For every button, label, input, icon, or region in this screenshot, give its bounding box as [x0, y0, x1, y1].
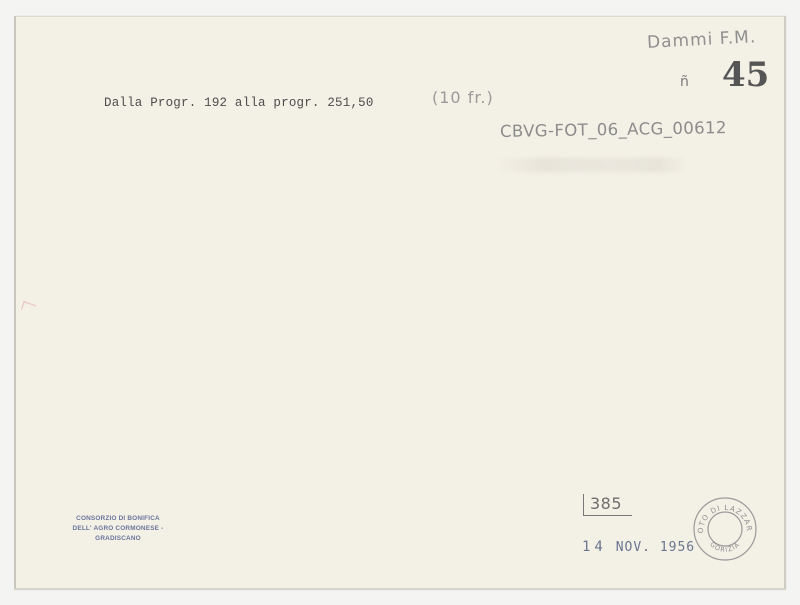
paper-edge-right	[784, 16, 786, 590]
scan-viewport: Dalla Progr. 192 alla progr. 251,50 (10 …	[0, 0, 800, 605]
consorzio-stamp-line1: CONSORZIO DI BONIFICA	[56, 514, 180, 524]
photo-stamp-top-text: FOTO DI LAZZARO	[692, 496, 754, 534]
photo-stamp-bottom-text: GORIZIA	[708, 540, 741, 554]
paper-edge-left	[14, 16, 16, 590]
date-stamp-day: 14	[582, 539, 607, 555]
date-stamp: 14 NOV. 1956	[582, 539, 695, 555]
archive-code: CBVG-FOT_06_ACG_00612	[500, 118, 727, 141]
typed-caption: Dalla Progr. 192 alla progr. 251,50	[104, 96, 374, 110]
small-handwritten-mark: ñ	[680, 74, 689, 90]
svg-text:GORIZIA: GORIZIA	[708, 540, 741, 554]
consorzio-stamp-line2: DELL' AGRO CORMONESE - GRADISCANO	[56, 524, 180, 544]
svg-text:FOTO DI LAZZARO: FOTO DI LAZZARO	[692, 496, 754, 534]
handwritten-note: (10 fr.)	[432, 88, 494, 107]
faded-bleedthrough	[497, 158, 687, 172]
date-stamp-month-year: NOV. 1956	[616, 540, 695, 555]
paper-edge-bottom	[14, 588, 786, 590]
consorzio-stamp: CONSORZIO DI BONIFICA DELL' AGRO CORMONE…	[56, 514, 180, 544]
photo-studio-stamp-icon: FOTO DI LAZZARO GORIZIA	[692, 496, 758, 562]
inventory-number: 385	[583, 494, 632, 516]
sheet-number: 45	[722, 55, 769, 95]
